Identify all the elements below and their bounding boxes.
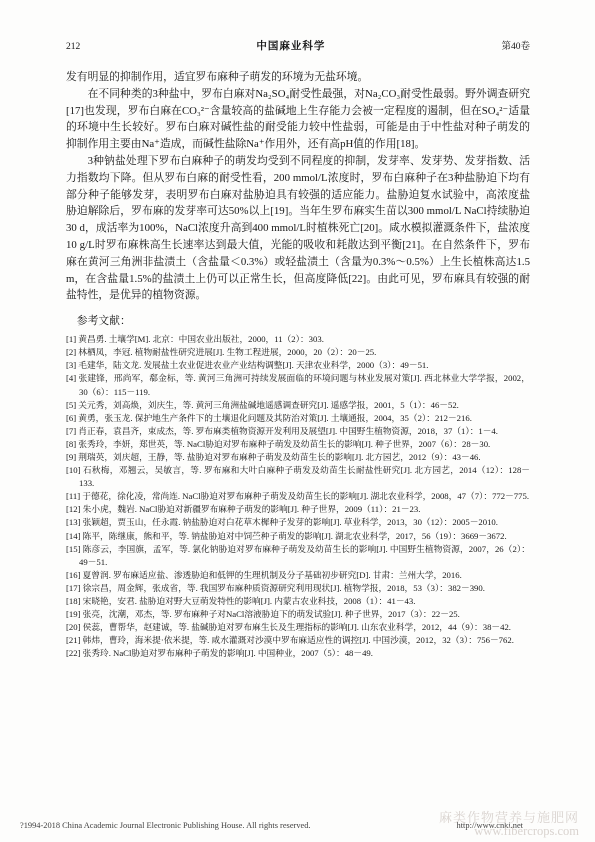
reference-item: [8] 张秀玲，李妍，郑世英，等. NaCl胁迫对罗布麻种子萌发及幼苗生长的影响… [66, 438, 530, 451]
reference-item: [3] 毛建华，陆文龙. 发展盐土农业促进农业产业结构调整[J]. 天津农业科学… [66, 359, 530, 372]
reference-item: [13] 张颖超，贾玉山，任永霞. 钠盐胁迫对白花草木樨种子发芽的影响[J]. … [66, 516, 530, 529]
journal-title: 中国麻业科学 [256, 38, 325, 53]
page-content: 212 中国麻业科学 第40卷 发有明显的抑制作用，适宜罗布麻种子萌发的环境为无… [0, 0, 595, 661]
reference-item: [15] 陈彦云，李国旗，孟军，等. 氯化钠胁迫对罗布麻种子萌发及幼苗生长的影响… [66, 543, 530, 569]
paragraph: 3种钠盐处理下罗布白麻种子的萌发均受到不同程度的抑制，发芽率、发芽势、发芽指数、… [66, 153, 530, 304]
reference-item: [21] 韩炜，曹玲，海米提·依米提，等. 咸水灌溉对沙漠中罗布麻适应性的调控[… [66, 634, 530, 647]
reference-item: [12] 朱小虎，魏岩. NaCl胁迫对新疆罗布麻种子萌发的影响[J]. 种子世… [66, 503, 530, 516]
reference-item: [10] 石秋梅，邓翘云，吴敏言，等. 罗布麻和大叶白麻种子萌发及幼苗生长耐盐性… [66, 464, 530, 490]
reference-item: [6] 黄勇，张玉龙. 保护地生产条件下的土壤退化问题及其防治对策[J]. 土壤… [66, 412, 530, 425]
reference-item: [18] 宋晓艳，安君. 盐胁迫对野大豆萌发特性的影响[J]. 内蒙古农业科技，… [66, 595, 530, 608]
volume-label: 第40卷 [501, 38, 530, 52]
page-number: 212 [66, 42, 80, 52]
reference-item: [20] 侯蕊，曹帮华，赵建诚，等. 盐碱胁迫对罗布麻生长及生理指标的影响[J]… [66, 621, 530, 634]
reference-item: [7] 肖正春，袁昌齐，束成杰，等. 罗布麻类植物资源开发利用及展望[J]. 中… [66, 425, 530, 438]
reference-item: [2] 林栖凤，李冠. 植物耐盐性研究进展[J]. 生物工程进展，2000，20… [66, 346, 530, 359]
journal-page: 212 中国麻业科学 第40卷 发有明显的抑制作用，适宜罗布麻种子萌发的环境为无… [0, 0, 595, 842]
reference-item: [17] 徐宗昌，周金辉，张成省，等. 我国罗布麻种质资源研究利用现状[J]. … [66, 582, 530, 595]
page-footer: ?1994-2018 China Academic Journal Electr… [20, 821, 523, 830]
reference-item: [9] 荆瑞英，刘庆超，王静，等. 盐胁迫对罗布麻种子萌发及幼苗生长的影响[J]… [66, 451, 530, 464]
reference-item: [16] 夏曾润. 罗布麻适应盐、渗透胁迫和低钾的生理机制及分子基础初步研究[D… [66, 569, 530, 582]
reference-item: [22] 张秀玲. NaCl胁迫对罗布麻种子萌发的影响[J]. 中国种业，200… [66, 647, 530, 660]
footer-url: http://www.cnki.net [457, 821, 523, 830]
reference-item: [4] 张建锋，邢尚军，郗金标，等. 黄河三角洲可持续发展面临的环境问题与林业发… [66, 372, 530, 398]
reference-item: [14] 陈平，陈继康，熊和平，等. 钠盐胁迫对中饲苎种子萌发的影响[J]. 湖… [66, 530, 530, 543]
references-heading: 参考文献： [66, 313, 530, 328]
reference-item: [5] 关元秀，刘高焕，刘庆生，等. 黄河三角洲盐碱地遥感调查研究[J]. 遥感… [66, 399, 530, 412]
reference-item: [11] 于德花，徐化凌，常尚连. NaCl胁迫对罗布麻种子萌发及幼苗生长的影响… [66, 490, 530, 503]
reference-item: [19] 张亮，沈潮，邓杰，等. 罗布麻种子对NaCl溶液胁迫下的萌发试验[J]… [66, 608, 530, 621]
body-text: 发有明显的抑制作用，适宜罗布麻种子萌发的环境为无盐环境。在不同种类的3种盐中，罗… [66, 69, 530, 304]
paragraph: 在不同种类的3种盐中，罗布白麻对Na₂SO₄耐受性最强，对Na₂CO₃耐受性最弱… [66, 86, 530, 153]
reference-item: [1] 黄昌勇. 土壤学[M]. 北京：中国农业出版社，2000，11（2）：3… [66, 333, 530, 346]
reference-list: [1] 黄昌勇. 土壤学[M]. 北京：中国农业出版社，2000，11（2）：3… [66, 333, 530, 660]
paragraph: 发有明显的抑制作用，适宜罗布麻种子萌发的环境为无盐环境。 [66, 69, 530, 86]
page-header: 212 中国麻业科学 第40卷 [66, 38, 530, 53]
footer-copyright: ?1994-2018 China Academic Journal Electr… [20, 821, 311, 830]
